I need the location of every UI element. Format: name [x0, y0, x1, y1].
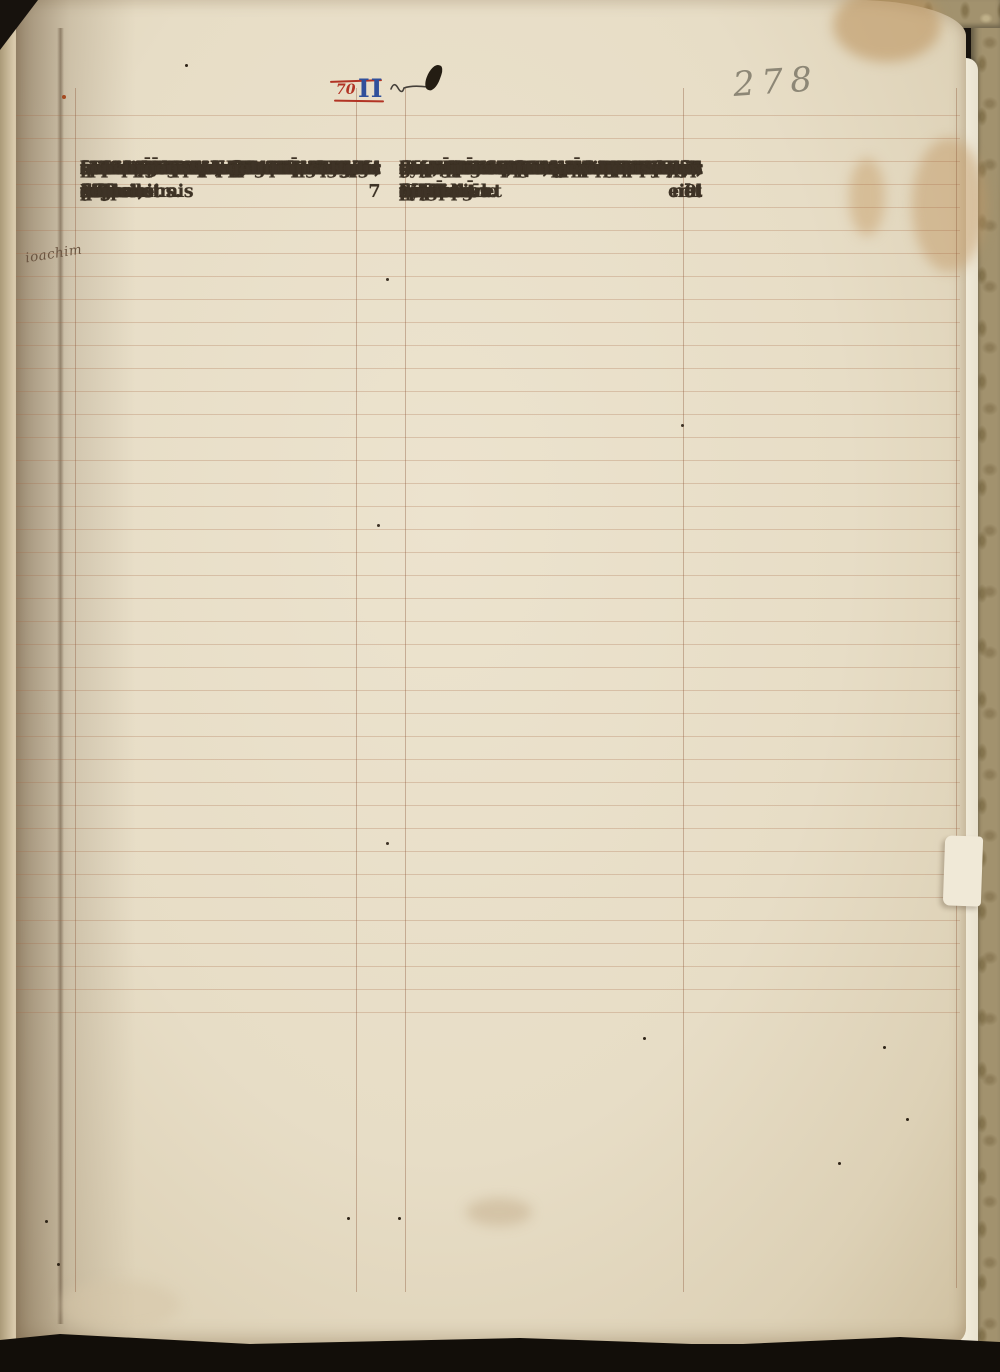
- ruling-vertical-col2-right: [683, 88, 684, 1292]
- ruling-vertical-col1-right: [356, 88, 357, 1292]
- ink-speck: [643, 1037, 646, 1040]
- rubric-blue-numeral: II: [358, 74, 383, 103]
- paragraph-dot: [386, 842, 389, 845]
- ink-speck: [185, 64, 188, 67]
- prick-mark: [398, 1217, 401, 1220]
- text-line: ē in iudea. Quis ex uobis ē ex omni: [399, 158, 702, 181]
- fold-highlight: [60, 1280, 180, 1330]
- prick-mark: [347, 1217, 350, 1220]
- scribble-mark: [388, 80, 430, 94]
- horizontal-ruling: [16, 93, 960, 1015]
- paragraph-dot: [386, 278, 389, 281]
- paragraph-dot: [681, 424, 684, 427]
- text-line: consurgens et cottidie cōmonens.: [80, 158, 380, 181]
- ink-speck: [45, 1220, 48, 1223]
- ink-speck: [883, 1046, 886, 1049]
- folio-number: 278: [732, 59, 820, 105]
- ruling-vertical-col2-left: [405, 88, 406, 1292]
- paragraph-dot: [377, 524, 380, 527]
- ruling-vertical-left: [75, 88, 76, 1292]
- ink-speck: [906, 1118, 909, 1121]
- page-marker-tab: [943, 835, 983, 906]
- ink-speck: [838, 1162, 841, 1165]
- rubric-red-numeral: 70: [336, 82, 355, 98]
- ink-speck: [57, 1263, 60, 1266]
- stain-bottom-smudge: [466, 1198, 532, 1226]
- ruling-vertical-right-margin: [956, 88, 957, 1288]
- manuscript-photo: 70 II 278 ioachim buchodonosor rex chald…: [0, 0, 1000, 1372]
- red-pigment-dot: [62, 95, 66, 99]
